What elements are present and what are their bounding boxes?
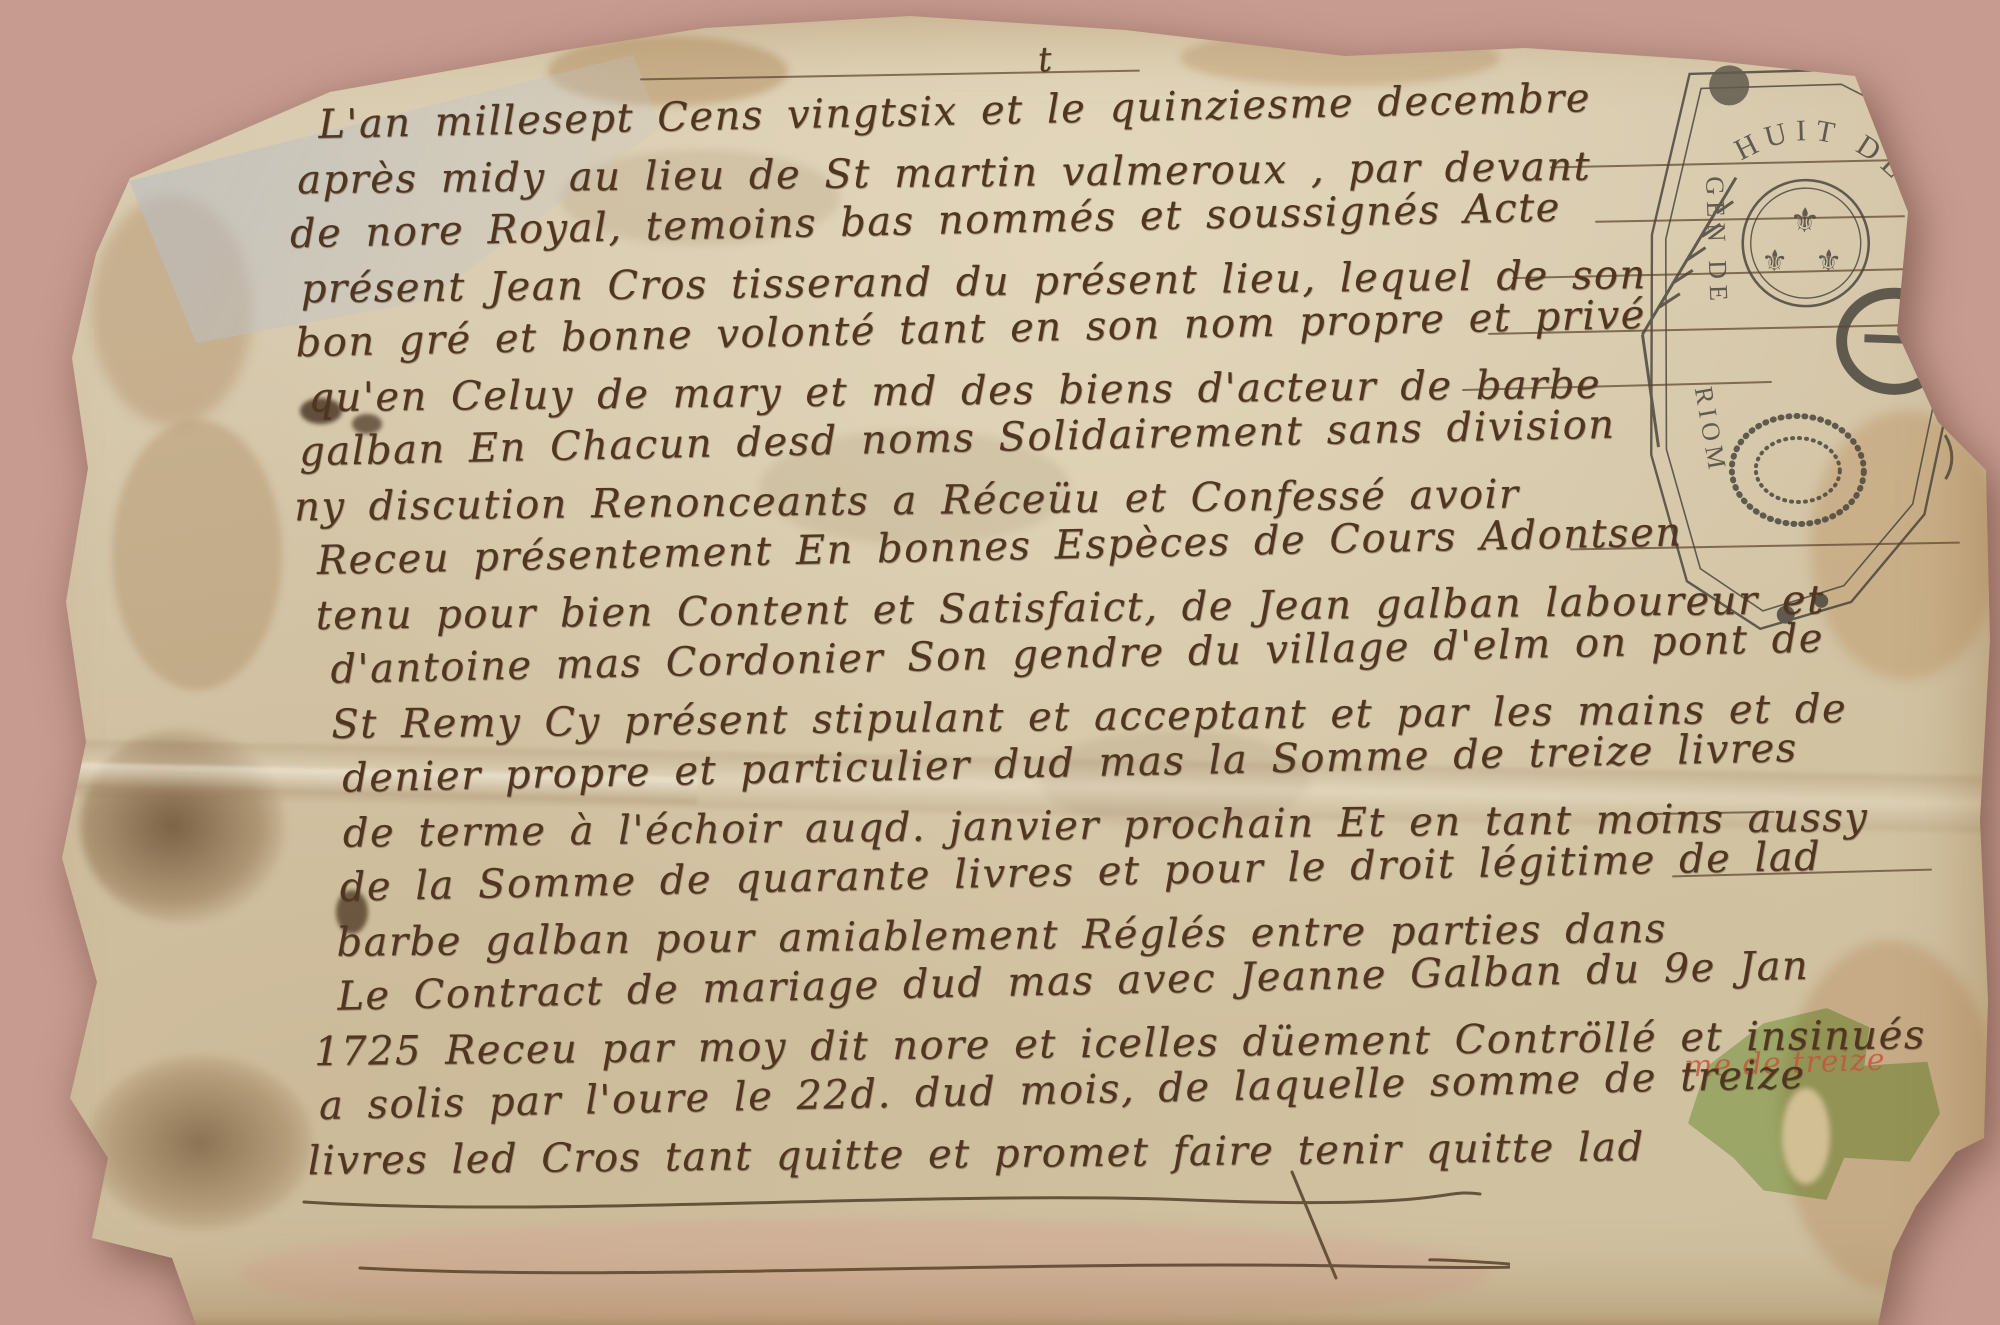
stamp-c-bar [1864, 338, 1952, 341]
stamp-bottom-mark-2 [1814, 594, 1828, 608]
stamp-arms-ring-outer [1741, 178, 1871, 308]
stain-left-dark-upper [80, 728, 285, 923]
flourish-line [290, 1160, 1510, 1300]
manuscript-line: ny discution Renonceants a Réceüu et Con… [294, 462, 1954, 534]
stain-top-edge [548, 36, 788, 106]
stain-right-upper [1810, 410, 2000, 680]
green-patch-gap [1782, 1088, 1830, 1184]
green-highlight-patch [1688, 1008, 1940, 1200]
filler-rule [1570, 542, 1960, 551]
filler-rule [640, 70, 1140, 81]
paper-shadow: me de treize [0, 0, 2000, 1325]
ghost-smudge-3 [1040, 730, 1310, 830]
superscript-mark: t [1037, 40, 1053, 81]
ghost-smudge-2 [760, 430, 1070, 545]
fleur-de-lis-icon: ⚜ [1815, 243, 1843, 279]
manuscript-line: St Remy Cy présent stipulant et acceptan… [331, 680, 1957, 752]
manuscript-line: de nore Royal, temoins bas nommés et sou… [289, 173, 1950, 262]
manuscript-line: denier propre et particulier dud mas la … [342, 718, 1959, 806]
ink-blot-3 [336, 890, 368, 934]
ink-blot-1 [300, 398, 342, 424]
folded-corner-flap [118, 55, 678, 355]
manuscript-line: livres led Cros tant quitte et promet fa… [307, 1116, 1963, 1188]
fold-crease [55, 739, 1986, 832]
manuscript-line: Le Contract de mariage dud mas avec Jean… [337, 936, 1962, 1024]
filler-rule [1462, 381, 1772, 391]
stain-left-dark-lower [88, 1055, 313, 1230]
fiscal-stamp: HUIT DEN. GEN DE RIOM ⚜ ⚜ ⚜ [1589, 33, 2000, 667]
fleur-de-lis-icon: ⚜ [1760, 244, 1788, 280]
manuscript-line: tenu pour bien Content et Satisfaict, de… [315, 571, 1955, 643]
stamp-big-c [1840, 291, 1924, 390]
stamp-frame-inner [1653, 78, 1955, 617]
ghost-smudge-1 [560, 150, 840, 245]
stamp-band-label: GEN DE [1700, 176, 1734, 308]
filler-rule [1488, 323, 1958, 335]
stamp-palm-branch [1639, 175, 1736, 450]
stamp-arms-ring-inner [1749, 186, 1863, 300]
manuscript-line: L'an millesept Cens vingtsix et le quinz… [318, 64, 1949, 153]
filler-rule [1645, 811, 1775, 815]
stamp-band-label-2: RIOM [1689, 384, 1733, 476]
filler-rule [1512, 267, 1964, 279]
manuscript-text-block: L'an millesept Cens vingtsix et le quinz… [288, 74, 1964, 1189]
stamp-crown-blob [1709, 65, 1750, 106]
manuscript-line: bon gré et bonne volonté tant en son nom… [295, 282, 1952, 371]
filler-rule [1672, 869, 1932, 878]
stamp-oval-chain [1730, 414, 1866, 527]
manuscript-line: barbe galban pour amiablement Réglés ent… [336, 898, 1960, 970]
stamp-right-leaves [1944, 295, 1965, 479]
stain-right-lower [1780, 940, 2000, 1290]
stain-topleft-edge [92, 195, 252, 425]
manuscript-line: d'antoine mas Cordonier Son gendre du vi… [330, 609, 1957, 698]
manuscript-line: Receu présentement En bonnes Espèces de … [316, 500, 1955, 589]
fleur-de-lis-icon: ⚜ [1789, 201, 1821, 242]
manuscript-line: qu'en Celuy de mary et md des biens d'ac… [308, 353, 1952, 425]
stamp-oval-chain-inner [1755, 437, 1841, 504]
ink-blot-2 [352, 414, 382, 434]
stain-left-mid [112, 420, 282, 690]
stain-bottom-pink-wash [240, 1218, 1490, 1325]
stain-top-center-edge [1180, 30, 1500, 86]
filler-rule [1550, 158, 1970, 169]
filler-rule [1595, 215, 1905, 222]
photo-scene: me de treize [0, 0, 2000, 1325]
manuscript-line: a solis par l'oure le 22d. dud mois, de … [318, 1045, 1963, 1134]
manuscript-line: 1725 Receu par moy dit nore et icelles d… [314, 1007, 1962, 1079]
red-annotation-text: me de treize [1683, 1042, 1886, 1084]
stamp-arc-label: HUIT DEN. [1727, 111, 1951, 225]
manuscript-line: de terme à l'échoir auqd. janvier procha… [343, 789, 1959, 860]
stamp-frame-outer [1638, 63, 1969, 636]
stamp-bottom-mark-1 [1776, 605, 1795, 624]
manuscript-line: de la Somme de quarante livres et pour l… [339, 827, 1960, 915]
manuscript-line: galban En Chacun desd noms Solidairement… [299, 391, 1954, 480]
fold-crease-left-accent [58, 762, 698, 804]
manuscript-line: après midy au lieu de St martin valmerou… [297, 135, 1949, 207]
manuscript-paper: me de treize [0, 0, 2000, 1325]
manuscript-line: présent Jean Cros tisserand du présent l… [301, 244, 1951, 316]
